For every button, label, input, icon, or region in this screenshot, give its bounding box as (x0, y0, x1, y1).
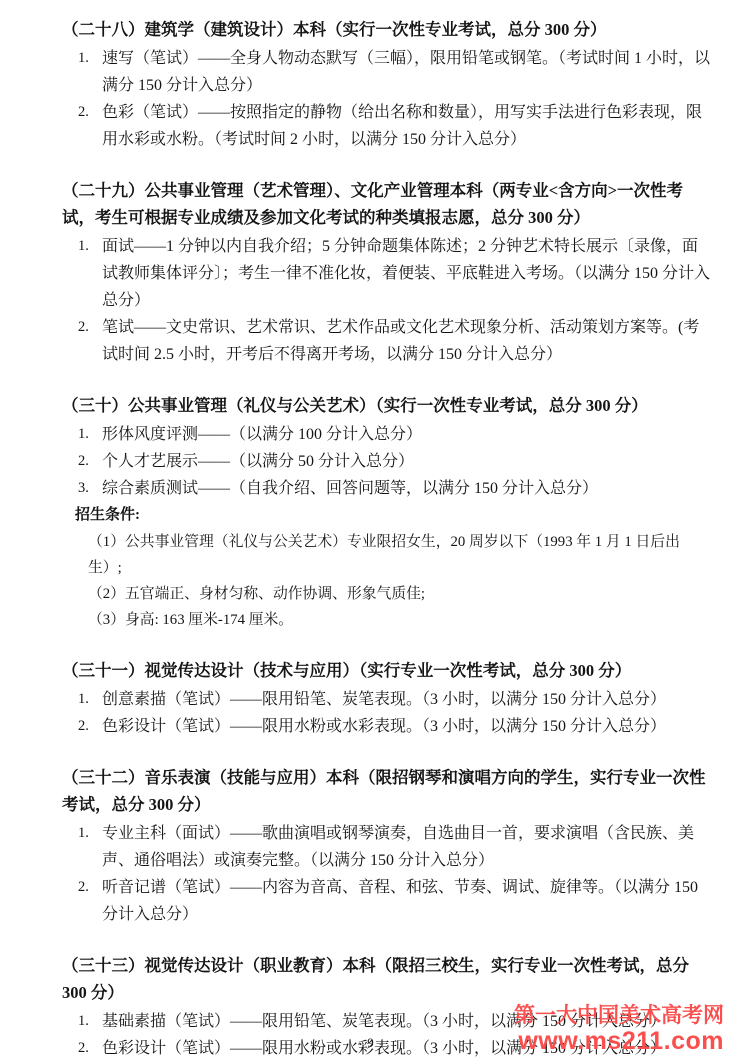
section-29: （二十九）公共事业管理（艺术管理）、文化产业管理本科（两专业<含方向>一次性考试… (62, 177, 712, 368)
section-31-heading: （三十一）视觉传达设计（技术与应用）（实行专业一次性考试，总分 300 分） (62, 657, 712, 684)
list-item: 1. 专业主科（面试）——歌曲演唱或钢琴演奏，自选曲目一首，要求演唱（含民族、美… (62, 820, 712, 874)
list-item: 1. 速写（笔试）——全身人物动态默写（三幅），限用铅笔或钢笔。（考试时间 1 … (62, 45, 712, 99)
list-item-text: 速写（笔试）——全身人物动态默写（三幅），限用铅笔或钢笔。（考试时间 1 小时，… (102, 45, 712, 99)
list-item: 1. 面试——1 分钟以内自我介绍；5 分钟命题集体陈述；2 分钟艺术特长展示〔… (62, 233, 712, 314)
list-item-number: 2. (78, 99, 102, 126)
document-page: （二十八）建筑学（建筑设计）本科（实行一次性专业考试，总分 300 分） 1. … (0, 0, 742, 1062)
list-item-text: 创意素描（笔试）——限用铅笔、炭笔表现。（3 小时，以满分 150 分计入总分） (102, 686, 712, 713)
section-31: （三十一）视觉传达设计（技术与应用）（实行专业一次性考试，总分 300 分） 1… (62, 657, 712, 740)
list-item-text: 专业主科（面试）——歌曲演唱或钢琴演奏，自选曲目一首，要求演唱（含民族、美声、通… (102, 820, 712, 874)
list-item: 2. 色彩（笔试）——按照指定的静物（给出名称和数量），用写实手法进行色彩表现，… (62, 99, 712, 153)
list-item-text: 色彩（笔试）——按照指定的静物（给出名称和数量），用写实手法进行色彩表现，限用水… (102, 99, 712, 153)
list-item: 2. 个人才艺展示——（以满分 50 分计入总分） (62, 448, 712, 475)
list-item: 2. 听音记谱（笔试）——内容为音高、音程、和弦、节奏、调试、旋律等。（以满分 … (62, 874, 712, 928)
list-item: 3. 综合素质测试——（自我介绍、回答问题等，以满分 150 分计入总分） (62, 475, 712, 502)
section-30: （三十）公共事业管理（礼仪与公关艺术）（实行一次性专业考试，总分 300 分） … (62, 392, 712, 633)
list-item: 1. 形体风度评测——（以满分 100 分计入总分） (62, 421, 712, 448)
list-item-text: 综合素质测试——（自我介绍、回答问题等，以满分 150 分计入总分） (102, 475, 712, 502)
list-item: 2. 笔试——文史常识、艺术常识、艺术作品或文化艺术现象分析、活动策划方案等。(… (62, 314, 712, 368)
admission-condition-item: （1）公共事业管理（礼仪与公关艺术）专业限招女生，20 周岁以下（1993 年 … (62, 529, 712, 581)
list-item-text: 听音记谱（笔试）——内容为音高、音程、和弦、节奏、调试、旋律等。（以满分 150… (102, 874, 712, 928)
section-28-heading: （二十八）建筑学（建筑设计）本科（实行一次性专业考试，总分 300 分） (62, 16, 712, 43)
admission-condition-item: （2）五官端正、身材匀称、动作协调、形象气质佳; (62, 581, 712, 607)
section-32-heading: （三十二）音乐表演（技能与应用）本科（限招钢琴和演唱方向的学生，实行专业一次性考… (62, 764, 712, 818)
list-item-number: 1. (78, 1008, 102, 1035)
list-item-text: 个人才艺展示——（以满分 50 分计入总分） (102, 448, 712, 475)
list-item-number: 2. (78, 314, 102, 341)
list-item-number: 1. (78, 233, 102, 260)
admission-conditions-heading: 招生条件: (62, 502, 712, 529)
list-item: 1. 创意素描（笔试）——限用铅笔、炭笔表现。（3 小时，以满分 150 分计入… (62, 686, 712, 713)
list-item-number: 1. (78, 45, 102, 72)
list-item-number: 1. (78, 820, 102, 847)
admission-condition-item: （3）身高: 163 厘米-174 厘米。 (62, 607, 712, 633)
list-item-number: 3. (78, 475, 102, 502)
list-item-number: 1. (78, 421, 102, 448)
list-item-text: 笔试——文史常识、艺术常识、艺术作品或文化艺术现象分析、活动策划方案等。(考试时… (102, 314, 712, 368)
section-32: （三十二）音乐表演（技能与应用）本科（限招钢琴和演唱方向的学生，实行专业一次性考… (62, 764, 712, 928)
watermark-site-url: www.ms211.com (514, 1028, 724, 1056)
section-33-heading: （三十三）视觉传达设计（职业教育）本科（限招三校生，实行专业一次性考试，总分 3… (62, 952, 712, 1006)
section-28: （二十八）建筑学（建筑设计）本科（实行一次性专业考试，总分 300 分） 1. … (62, 16, 712, 153)
list-item-text: 色彩设计（笔试）——限用水粉或水彩表现。（3 小时，以满分 150 分计入总分） (102, 713, 712, 740)
list-item-text: 形体风度评测——（以满分 100 分计入总分） (102, 421, 712, 448)
section-30-heading: （三十）公共事业管理（礼仪与公关艺术）（实行一次性专业考试，总分 300 分） (62, 392, 712, 419)
list-item-number: 2. (78, 448, 102, 475)
list-item: 2. 色彩设计（笔试）——限用水粉或水彩表现。（3 小时，以满分 150 分计入… (62, 713, 712, 740)
list-item-number: 1. (78, 686, 102, 713)
list-item-text: 面试——1 分钟以内自我介绍；5 分钟命题集体陈述；2 分钟艺术特长展示〔录像，… (102, 233, 712, 314)
watermark: 第一大中国美术高考网 www.ms211.com (514, 1004, 724, 1055)
watermark-site-name: 第一大中国美术高考网 (514, 1004, 724, 1027)
list-item-number: 2. (78, 713, 102, 740)
list-item-number: 2. (78, 874, 102, 901)
section-29-heading: （二十九）公共事业管理（艺术管理）、文化产业管理本科（两专业<含方向>一次性考试… (62, 177, 712, 231)
